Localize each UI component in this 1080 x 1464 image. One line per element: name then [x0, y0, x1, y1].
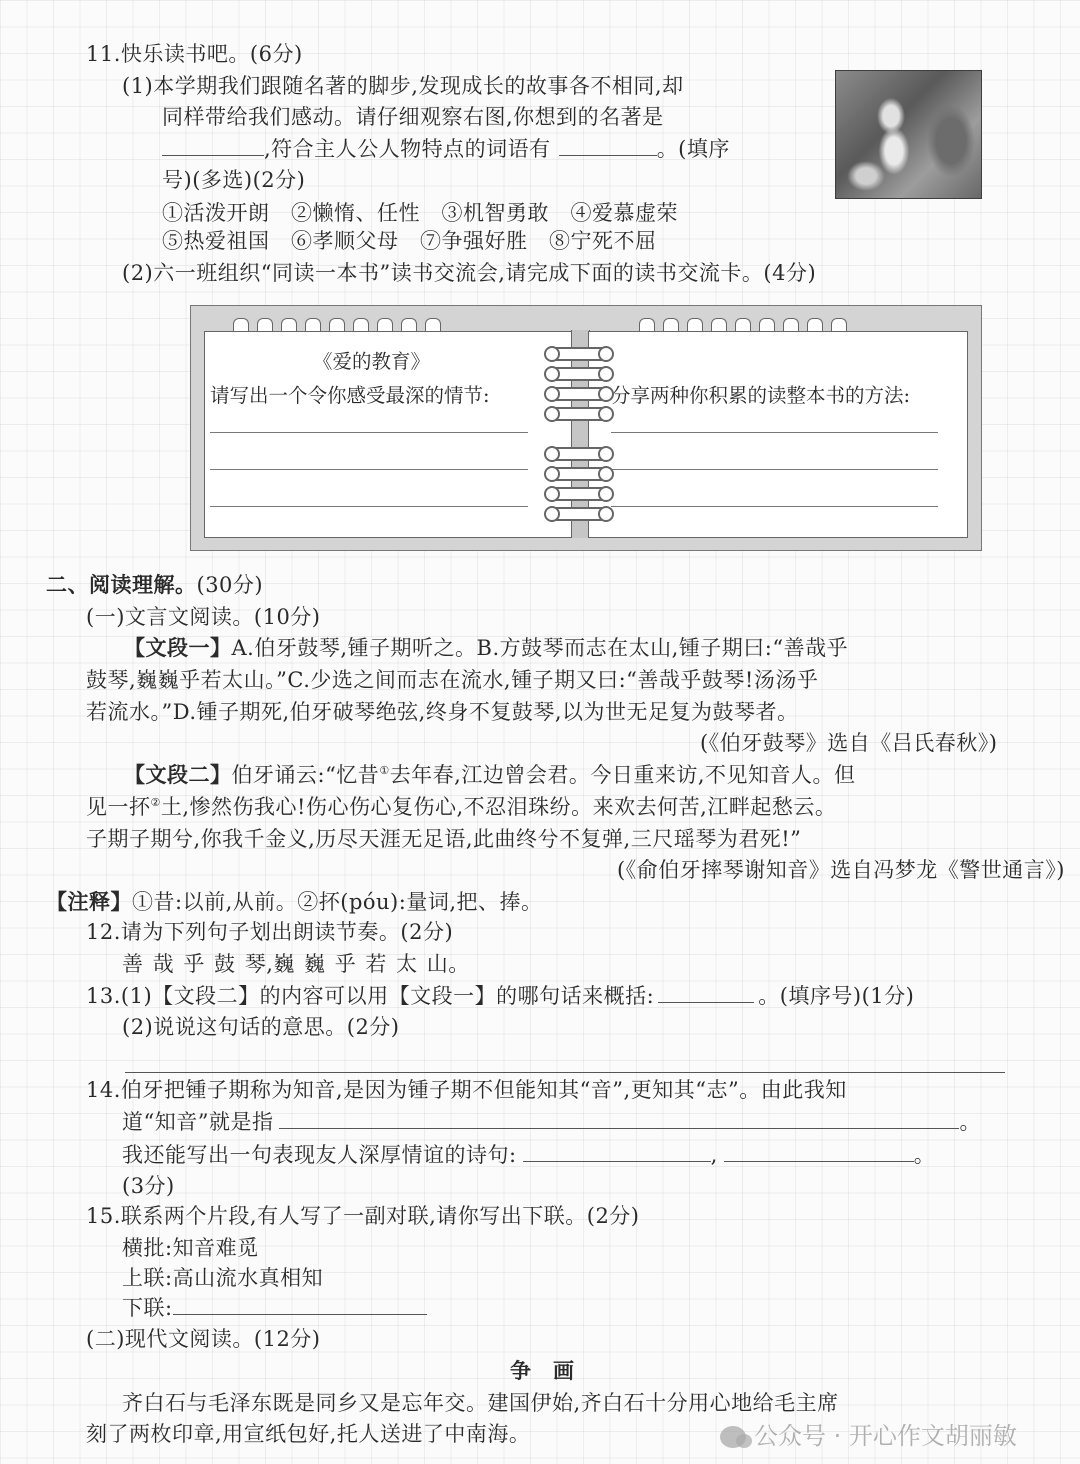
- q11-p1-line2: 同样带给我们感动。请仔细观察右图,你想到的名著是: [162, 103, 664, 131]
- spiral-ring-icon: [546, 467, 612, 481]
- notes: 【注释】①昔:以前,从前。②抔(póu):量词,把、捧。: [46, 888, 543, 916]
- passage1-line3: 若流水。”D.锺子期死,伯牙破琴绝弦,终身不复鼓琴,以为世无足复为鼓琴者。: [86, 698, 799, 726]
- q13-p1-suffix: 。(填序号)(1分): [758, 984, 914, 1008]
- passage1-source: (《伯牙鼓琴》选自《吕氏春秋》): [700, 729, 997, 757]
- q11-options-row2: ⑤热爱祖国 ⑥孝顺父母 ⑦争强好胜 ⑧宁死不屈: [162, 227, 657, 255]
- answer-blank-zhiyin[interactable]: [279, 1108, 959, 1129]
- answer-blank-xialian[interactable]: [173, 1294, 427, 1315]
- answer-line[interactable]: [611, 506, 938, 507]
- answer-blank-traits[interactable]: [559, 135, 657, 156]
- sub2-heading: (二)现代文阅读。(12分): [86, 1325, 321, 1353]
- spiral-ring-icon: [546, 347, 612, 361]
- card-right-prompt: 分享两种你积累的读整本书的方法:: [611, 380, 910, 408]
- answer-line[interactable]: [210, 432, 528, 433]
- notes-text: ①昔:以前,从前。②抔(póu):量词,把、捧。: [132, 890, 543, 914]
- q14-line2: 道“知音”就是指。: [122, 1108, 981, 1136]
- section2-heading: 二、阅读理解。(30分): [46, 571, 263, 599]
- q14-line2-text: 道“知音”就是指: [122, 1110, 273, 1134]
- answer-line[interactable]: [210, 469, 528, 470]
- answer-line[interactable]: [611, 469, 938, 470]
- passage1-label: 【文段一】: [124, 636, 232, 660]
- card-left-prompt: 请写出一个令你感受最深的情节:: [210, 380, 490, 408]
- q13-p1: 13.(1)【文段二】的内容可以用【文段一】的哪句话来概括:。(填序号)(1分): [86, 982, 914, 1010]
- q12-title: 12.请为下列句子划出朗读节奏。(2分): [86, 918, 453, 946]
- section2-title: 二、阅读理解。: [46, 573, 197, 597]
- period: 。: [959, 1110, 981, 1134]
- q14-score: (3分): [122, 1172, 175, 1200]
- answer-line[interactable]: [611, 432, 938, 433]
- card-book-title: 《爱的教育》: [313, 346, 430, 374]
- q11-p1-line4: 号)(多选)(2分): [162, 166, 305, 194]
- passage1-line2: 鼓琴,巍巍乎若太山。”C.少选之间而志在流水,锺子期又曰:“善哉乎鼓琴!汤汤乎: [86, 666, 818, 694]
- card-right-page: 分享两种你积累的读整本书的方法:: [588, 331, 968, 538]
- answer-blank-poem-2[interactable]: [724, 1141, 914, 1162]
- q14-line1: 14.伯牙把锺子期称为知音,是因为锺子期不但能知其“音”,更知其“志”。由此我知: [86, 1076, 847, 1104]
- passage2-text: 去年春,江边曾会君。今日重来访,不见知音人。但: [390, 763, 856, 787]
- comma: ,: [711, 1143, 718, 1167]
- footnote-ref-1: ①: [379, 764, 389, 777]
- spiral-ring-icon: [546, 387, 612, 401]
- passage1-line1: 【文段一】A.伯牙鼓琴,锺子期听之。B.方鼓琴而志在太山,锺子期曰:“善哉乎: [124, 634, 848, 662]
- illustration-image: [835, 70, 982, 199]
- q13-p2: (2)说说这句话的意思。(2分): [122, 1013, 400, 1041]
- q11-options-row1: ①活泼开朗 ②懒惰、任性 ③机智勇敢 ④爱慕虚荣: [162, 199, 678, 227]
- passage2-text: 伯牙诵云:“忆昔: [232, 763, 380, 787]
- spiral-ring-icon: [546, 487, 612, 501]
- watermark-text: 公众号 · 开心作文胡丽敏: [754, 1422, 1017, 1450]
- wechat-icon: [720, 1426, 746, 1448]
- q15-xialian-label: 下联:: [122, 1296, 173, 1320]
- q11-p1-line3-end: 。(填序: [657, 137, 730, 161]
- section2-score: (30分): [197, 573, 264, 597]
- card-left-page: 《爱的教育》 请写出一个令你感受最深的情节:: [204, 331, 574, 538]
- q11-title: 11.快乐读书吧。(6分): [86, 40, 303, 68]
- answer-blank-book[interactable]: [162, 135, 264, 156]
- sub1-heading: (一)文言文阅读。(10分): [86, 603, 321, 631]
- spiral-ring-icon: [546, 507, 612, 521]
- passage2-source: (《俞伯牙摔琴谢知音》选自冯梦龙《警世通言》): [617, 856, 1065, 884]
- article-line1: 齐白石与毛泽东既是同乡又是忘年交。建国伊始,齐白石十分用心地给毛主席: [122, 1389, 839, 1417]
- spiral-ring-icon: [546, 367, 612, 381]
- q11-p1-line1: (1)本学期我们跟随名著的脚步,发现成长的故事各不相同,却: [122, 72, 684, 100]
- passage2-text: 见一抔: [86, 795, 151, 819]
- passage2-line2: 见一抔②土,惨然伤我心!伤心伤心复伤心,不忍泪珠纷。来欢去何苦,江畔起愁云。: [86, 793, 836, 821]
- passage2-line1: 【文段二】伯牙诵云:“忆昔①去年春,江边曾会君。今日重来访,不见知音人。但: [124, 761, 856, 789]
- q11-p2: (2)六一班组织“同读一本书”读书交流会,请完成下面的读书交流卡。(4分): [122, 259, 816, 287]
- q15-shanglian: 上联:高山流水真相知: [122, 1264, 323, 1292]
- spiral-ring-icon: [546, 447, 612, 461]
- notes-label: 【注释】: [46, 890, 132, 914]
- reading-exchange-card: 《爱的教育》 请写出一个令你感受最深的情节: 分享两种你积累的读整本书的方法:: [190, 305, 982, 551]
- article-line2: 刻了两枚印章,用宣纸包好,托人送进了中南海。: [86, 1420, 530, 1448]
- article-title: 争 画: [510, 1357, 575, 1385]
- answer-blank-poem-1[interactable]: [523, 1141, 711, 1162]
- passage1-text: A.伯牙鼓琴,锺子期听之。B.方鼓琴而志在太山,锺子期曰:“善哉乎: [232, 636, 849, 660]
- footnote-ref-2: ②: [151, 796, 161, 809]
- q15-xialian: 下联:: [122, 1294, 427, 1322]
- q14-line3: 我还能写出一句表现友人深厚情谊的诗句:,。: [122, 1141, 935, 1169]
- q14-line3-text: 我还能写出一句表现友人深厚情谊的诗句:: [122, 1143, 517, 1167]
- passage2-text: 土,惨然伤我心!伤心伤心复伤心,不忍泪珠纷。来欢去何苦,江畔起愁云。: [161, 795, 836, 819]
- watermark: 公众号 · 开心作文胡丽敏: [720, 1416, 1017, 1451]
- answer-line-q13[interactable]: [125, 1072, 1005, 1073]
- answer-blank-q13[interactable]: [658, 982, 754, 1003]
- passage2-line3: 子期子期兮,你我千金义,历尽天涯无足语,此曲终兮不复弹,三尺瑶琴为君死!”: [86, 825, 801, 853]
- q15-title: 15.联系两个片段,有人写了一副对联,请你写出下联。(2分): [86, 1202, 640, 1230]
- passage2-label: 【文段二】: [124, 763, 232, 787]
- answer-line[interactable]: [210, 506, 528, 507]
- q13-p1-text: 13.(1)【文段二】的内容可以用【文段一】的哪句话来概括:: [86, 984, 654, 1008]
- q11-p1-line3: ,符合主人公人物特点的词语有。(填序: [162, 135, 730, 163]
- period: 。: [914, 1143, 936, 1167]
- spiral-ring-icon: [546, 407, 612, 421]
- q11-p1-line3-mid: ,符合主人公人物特点的词语有: [264, 137, 551, 161]
- q15-hengpi: 横批:知音难觅: [122, 1234, 259, 1262]
- q12-sentence[interactable]: 善 哉 乎 鼓 琴,巍 巍 乎 若 太 山。: [122, 950, 470, 978]
